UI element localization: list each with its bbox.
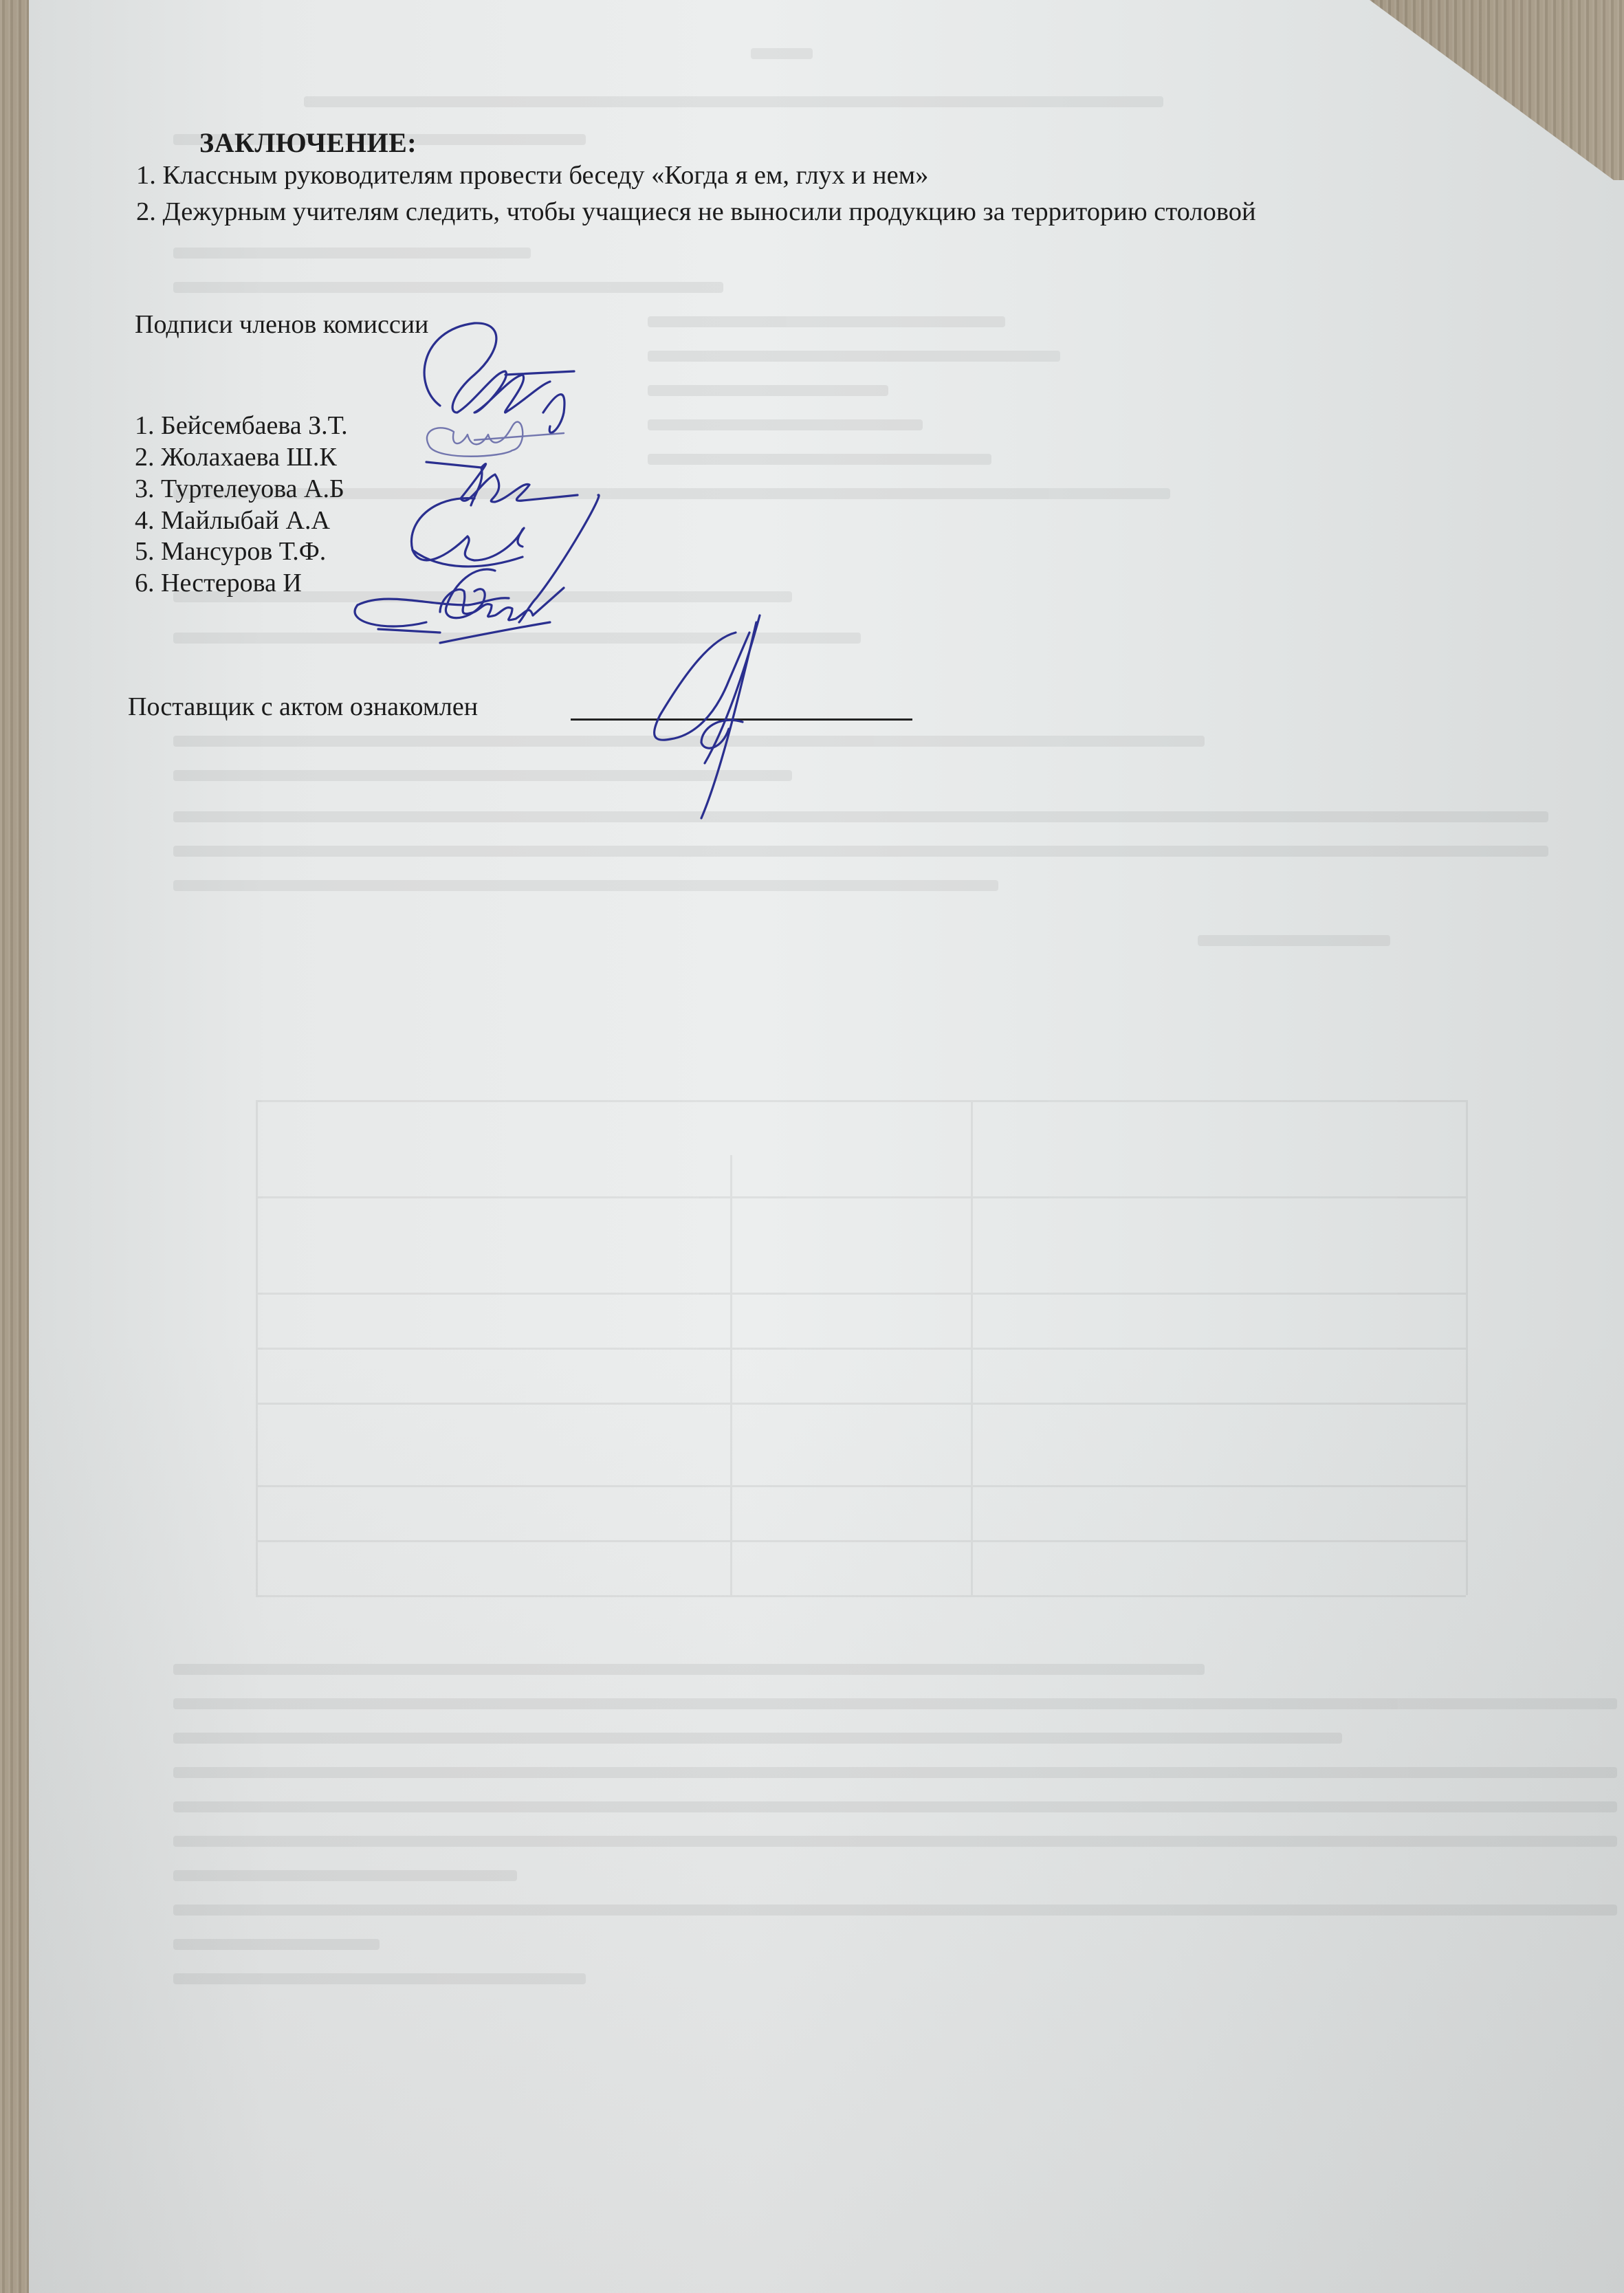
signature-3 (426, 462, 578, 505)
signature-5-6 (355, 569, 564, 643)
handwritten-signatures (0, 0, 1624, 2293)
signature-2 (427, 422, 564, 457)
signature-1 (424, 323, 574, 432)
supplier-signature (655, 615, 760, 818)
